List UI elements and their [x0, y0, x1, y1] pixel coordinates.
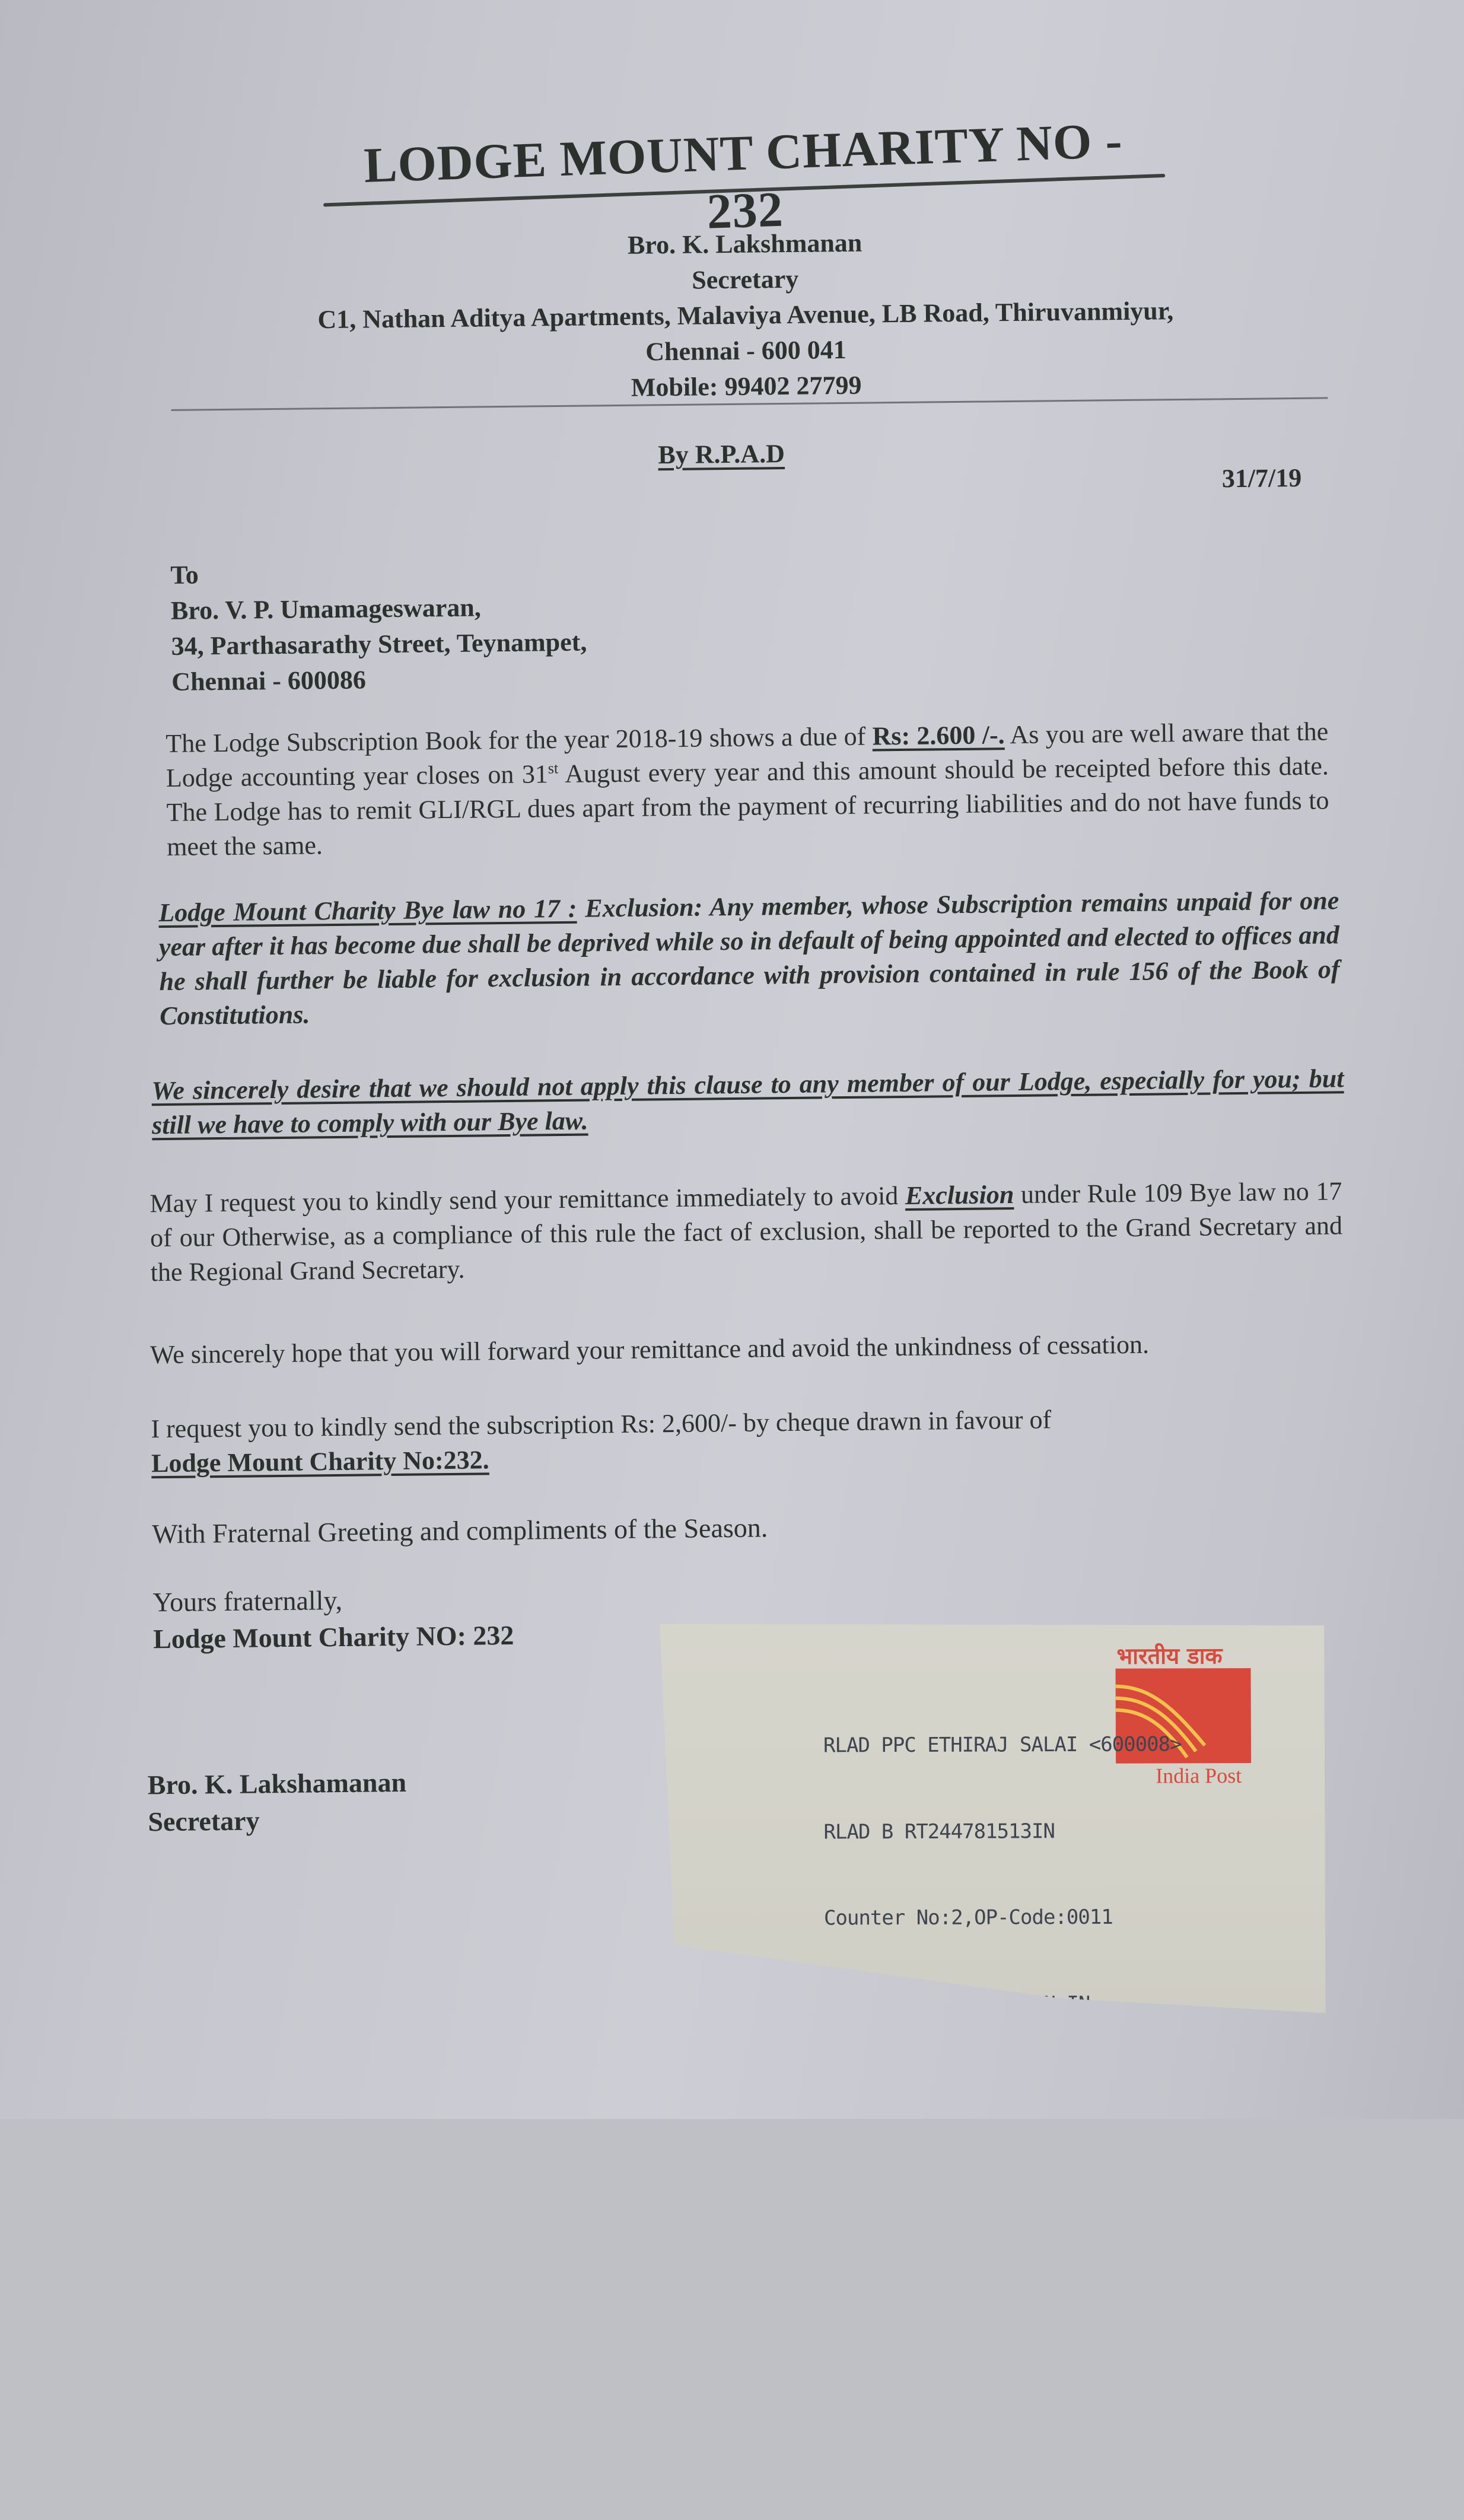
sender-role: Secretary	[241, 259, 1249, 301]
sender-city: Chennai - 600 041	[241, 330, 1250, 373]
signatory-name: Bro. K. Lakshamanan	[147, 1764, 406, 1804]
recipient-address: 34, Parthasarathy Street, Teynampet,	[171, 625, 587, 664]
valediction-block: Yours fraternally, Lodge Mount Charity N…	[152, 1580, 514, 1657]
closing-org: Lodge Mount Charity NO: 232	[153, 1617, 514, 1657]
signature-block: Bro. K. Lakshamanan Secretary	[147, 1764, 407, 1841]
receipt-line: To:V P UMAMAGESWARAN,IN	[824, 1989, 1240, 2019]
greeting: With Fraternal Greeting and compliments …	[152, 1509, 768, 1552]
paragraph-desire: We sincerely desire that we should not a…	[151, 1061, 1344, 1143]
receipt-text: RLAD PPC ETHIRAJ SALAI <600008> RLAD B R…	[823, 1672, 1242, 2119]
sender-mobile: Mobile: 99402 27799	[242, 365, 1250, 408]
to-label: To	[170, 553, 586, 593]
receipt-line: RLAD PPC ETHIRAJ SALAI <600008>	[823, 1730, 1239, 1760]
signatory-role: Secretary	[148, 1801, 407, 1841]
paragraph-dues: The Lodge Subscription Book for the year…	[166, 714, 1329, 864]
receipt-line: CHENNAI, PIN:600086	[825, 2075, 1240, 2105]
letter: LODGE MOUNT CHARITY NO - 232 Bro. K. Lak…	[0, 0, 1464, 2119]
bye-law-heading: Lodge Mount Charity Bye law no 17 :	[158, 894, 577, 927]
exclusion-emphasis: Exclusion	[905, 1180, 1014, 1210]
valediction: Yours fraternally,	[152, 1580, 514, 1621]
dispatch-mode: By R.P.A.D	[658, 438, 785, 470]
india-post-hindi-label: भारतीय डाक	[1116, 1640, 1222, 1671]
paragraph-request: May I request you to kindly send your re…	[149, 1174, 1343, 1290]
letter-date: 31/7/19	[1222, 463, 1302, 494]
paragraph-hope: We sincerely hope that you will forward …	[150, 1325, 1348, 1372]
paper-background: LODGE MOUNT CHARITY NO - 232 Bro. K. Lak…	[0, 0, 1464, 2119]
receipt-line: RLAD B RT244781513IN	[823, 1816, 1239, 1847]
paragraph-bye-law: Lodge Mount Charity Bye law no 17 : Excl…	[158, 883, 1340, 1033]
paragraph-cheque: I request you to kindly send the subscri…	[151, 1400, 1278, 1481]
recipient-name: Bro. V. P. Umamageswaran,	[171, 589, 587, 629]
india-post-receipt: भारतीय डाक India Post RLAD PPC ETHIRAJ S…	[660, 1622, 1325, 2016]
recipient-block: To Bro. V. P. Umamageswaran, 34, Parthas…	[170, 553, 587, 700]
recipient-city: Chennai - 600086	[171, 660, 587, 700]
receipt-line: Counter No:2,OP-Code:0011	[824, 1902, 1240, 1933]
due-amount: Rs: 2.600 /-.	[872, 720, 1005, 750]
